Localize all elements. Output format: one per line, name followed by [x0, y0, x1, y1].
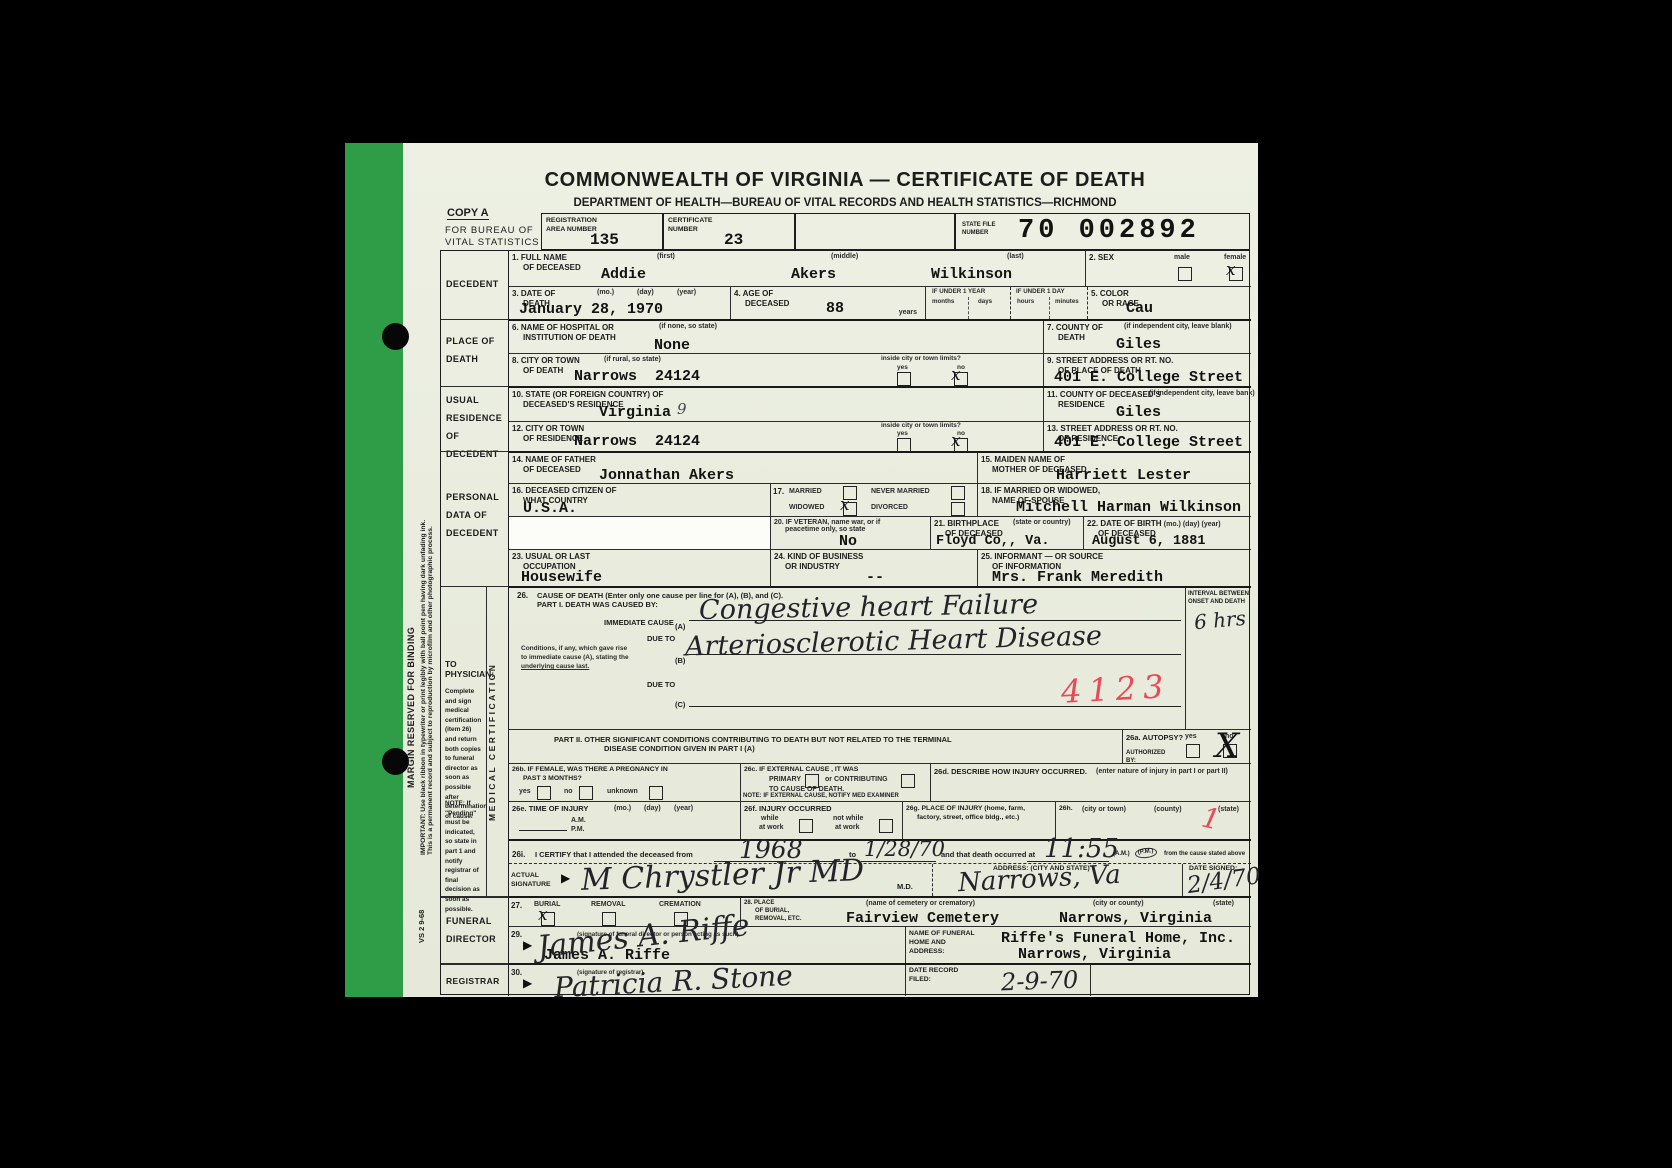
first-name-value: Addie: [601, 266, 646, 283]
row-date-age: 3. DATE OFDEATH (mo.) (day) (year) Janua…: [509, 286, 1251, 319]
limits-no-checkbox-checked: x: [954, 372, 968, 386]
never-married-label: NEVER MARRIED: [871, 488, 930, 495]
director-number: 29.: [511, 930, 522, 940]
cause-b-label: (B): [675, 656, 685, 666]
to-cause-label: TO CAUSE OF DEATH.: [769, 786, 844, 793]
cause-a-handwriting: Congestive heart Failure: [699, 589, 1039, 626]
cause-header2: PART I. DEATH WAS CAUSED BY:: [537, 600, 658, 610]
place-injury-label: 26g. PLACE OF INJURY (home, farm,factory…: [906, 805, 1025, 823]
occupation-value: Housewife: [521, 569, 602, 586]
how-injury-label: 26d. DESCRIBE HOW INJURY OCCURRED.: [934, 767, 1087, 777]
field-city-of-death: 8. CITY OR TOWNOF DEATH (if rural, so st…: [509, 354, 1044, 386]
stray-mark: 9: [677, 400, 687, 418]
md-label: M.D.: [897, 882, 913, 892]
county-residence-value: Giles: [1116, 404, 1161, 421]
day-hint: (day): [637, 289, 654, 296]
row-part2-autopsy: PART II. OTHER SIGNIFICANT CONDITIONS CO…: [509, 729, 1251, 763]
date-filed-handwriting: 2-9-70: [1001, 966, 1079, 997]
death-certificate: MARGIN RESERVED FOR BINDING IMPORTANT: U…: [345, 143, 1258, 997]
months-label: months: [932, 298, 954, 305]
city-death-value: Narrows 24124: [574, 368, 700, 385]
signature-arrow-icon: ▶: [561, 872, 570, 884]
field-date-signed: DATE SIGNED: 2/4/70: [1183, 864, 1251, 896]
external-cause-note: NOTE: IF EXTERNAL CAUSE, NOTIFY MED EXAM…: [743, 793, 899, 801]
interval-value: 6 hrs: [1193, 606, 1247, 634]
side-label-decedent: DECEDENT: [441, 251, 509, 319]
field-autopsy: 26a. AUTOPSY? yes no X AUTHORIZEDBY:: [1123, 730, 1251, 763]
age-value: 88: [826, 300, 844, 317]
field-physician-address: ADDRESS: (CITY AND STATE) Narrows, Va: [933, 864, 1183, 896]
contributing-label: or CONTRIBUTING: [825, 776, 888, 783]
field-veteran: 20. IF VETERAN, name war, or ifpeacetime…: [771, 517, 931, 549]
field-sex: 2. SEX male female x: [1086, 251, 1251, 286]
row-cause-of-death: 26. CAUSE OF DEATH (Enter only one cause…: [509, 586, 1251, 729]
veteran-value: No: [839, 533, 857, 550]
side-label-personal-data: PERSONALDATA OFDECEDENT: [441, 451, 509, 586]
injury-occurred-label: 26f. INJURY OCCURRED: [744, 804, 832, 814]
field-father: 14. NAME OF FATHEROF DECEASED Jonnathan …: [509, 453, 978, 483]
margin-important-line2: This is a permanent record and subject t…: [427, 520, 434, 855]
pregnancy-label: 26b. IF FEMALE, WAS THERE A PREGNANCY IN…: [512, 766, 668, 784]
field-age: 4. AGE OFDECEASED 88 years: [731, 287, 926, 319]
field-birthplace: 21. BIRTHPLACEOF DECEASED (state or coun…: [931, 517, 1084, 549]
age-label: 4. AGE OFDECEASED: [734, 289, 789, 310]
field-color-or-race: 5. COLOROR RACE Cau: [1088, 287, 1251, 319]
medical-certification-label: MEDICAL CERTIFICATION: [487, 587, 508, 896]
am-label: A.M.: [571, 817, 586, 824]
physician-address-handwriting: Narrows, Va: [957, 860, 1121, 898]
actual-signature-label: ACTUALSIGNATURE: [511, 872, 551, 890]
limits-yes-label: yes: [897, 364, 908, 371]
color-race-value: Cau: [1126, 300, 1153, 317]
cemetery-hint: (name of cemetery or crematory): [866, 900, 975, 907]
autopsy-yes-checkbox: [1186, 744, 1200, 758]
middle-name-value: Akers: [791, 266, 836, 283]
field-how-injury: 26d. DESCRIBE HOW INJURY OCCURRED. (ente…: [931, 764, 1251, 801]
certify-text1: I CERTIFY that I attended the deceased f…: [535, 850, 693, 860]
state-file-box: STATE FILENUMBER 70 002892: [955, 213, 1250, 250]
not-at-work-label: at work: [835, 824, 860, 831]
middle-hint: (middle): [831, 253, 858, 260]
hours-label: hours: [1017, 298, 1034, 305]
certify-number: 26i.: [512, 850, 525, 860]
empty-box: [795, 213, 955, 250]
business-label: 24. KIND OF BUSINESSOR INDUSTRY: [774, 552, 863, 573]
date-filed-label: DATE RECORDFILED:: [909, 967, 958, 985]
side-physician-notes: TOPHYSICIAN: Complete and sign medical c…: [441, 586, 487, 896]
field-date-of-birth: 22. DATE OF BIRTH (mo.) (day) (year)OF D…: [1084, 517, 1251, 549]
field-date-record-filed: DATE RECORDFILED: 2-9-70: [906, 965, 1091, 996]
row-registrar: 30. ▶ (signature of registrar) Patricia …: [509, 963, 1251, 996]
side-label-usual-residence: USUALRESIDENCEOF DECEDENT: [441, 386, 509, 451]
binding-stripe: [345, 143, 403, 997]
conditions-line2: to immediate cause (A), stating the: [521, 654, 629, 661]
informant-value: Mrs. Frank Meredith: [992, 569, 1163, 586]
registrar-arrow-icon: ▶: [523, 977, 532, 989]
field-time-of-injury: 26e. TIME OF INJURY (mo.) (day) (year) A…: [509, 802, 741, 839]
side-label-registrar: REGISTRAR: [441, 963, 509, 996]
copy-label: COPY A: [447, 207, 489, 220]
interval-label: INTERVAL BETWEENONSET AND DEATH: [1188, 591, 1249, 607]
primary-label: PRIMARY: [769, 776, 801, 783]
field-under-1-year: IF UNDER 1 YEAR months days: [926, 287, 1011, 319]
state-residence-value: Virginia: [599, 404, 671, 421]
row-injury-details: 26e. TIME OF INJURY (mo.) (day) (year) A…: [509, 801, 1251, 839]
row-state-county-residence: 10. STATE (OR FOREIGN COUNTRY) OFDECEASE…: [509, 386, 1251, 421]
due-to-label2: DUE TO: [647, 680, 675, 690]
row-occupation-informant: 23. USUAL OR LASTOCCUPATION Housewife 24…: [509, 549, 1251, 586]
hole-punch-top: [382, 323, 409, 350]
injury-mo-hint: (mo.): [614, 805, 631, 812]
minutes-label: minutes: [1055, 298, 1079, 305]
form-number: VS 2 9-68: [417, 910, 426, 943]
row-city-street-residence: 12. CITY OR TOWNOF RESIDENCE Narrows 241…: [509, 421, 1251, 451]
mother-value: Harriett Lester: [1056, 467, 1191, 484]
father-value: Jonnathan Akers: [599, 467, 734, 484]
sex-label: 2. SEX: [1089, 253, 1114, 263]
certify-am-label: (A.M.): [1113, 851, 1130, 859]
registrar-number: 30.: [511, 968, 522, 978]
divorced-checkbox: [951, 502, 965, 516]
last-hint: (last): [1007, 253, 1024, 260]
certificate-title: COMMONWEALTH OF VIRGINIA — CERTIFICATE O…: [440, 169, 1250, 192]
days-label: days: [978, 298, 992, 305]
married-label: MARRIED: [789, 488, 822, 495]
never-married-checkbox: [951, 486, 965, 500]
widowed-checkbox-checked: x: [843, 502, 857, 516]
autopsy-no-x-mark: X: [1215, 726, 1239, 766]
autopsy-yes-label: yes: [1185, 733, 1197, 740]
city-death-hint: (if rural, so state): [604, 356, 661, 363]
row-pregnancy-external: 26b. IF FEMALE, WAS THERE A PREGNANCY IN…: [509, 763, 1251, 801]
photo-background: MARGIN RESERVED FOR BINDING IMPORTANT: U…: [0, 0, 1672, 1168]
field-registrar-signature: 30. ▶ (signature of registrar) Patricia …: [509, 965, 906, 996]
part2-line2: DISEASE CONDITION GIVEN IN PART I (A): [604, 744, 755, 754]
father-label: 14. NAME OF FATHEROF DECEASED: [512, 455, 596, 476]
row-certify: 26i. I CERTIFY that I attended the decea…: [509, 839, 1251, 863]
margin-important-note: IMPORTANT: Use black ribbon in typewrite…: [420, 520, 434, 855]
burial-state-hint: (state): [1213, 900, 1234, 907]
dob-value: August 6, 1881: [1092, 534, 1205, 549]
field-state-residence: 10. STATE (OR FOREIGN COUNTRY) OFDECEASE…: [509, 388, 1044, 421]
injury-day-hint: (day): [644, 805, 661, 812]
time-blank-line: [519, 830, 567, 831]
divorced-label: DIVORCED: [871, 504, 908, 511]
row-name-sex: 1. FULL NAMEOF DECEASED (first) (middle)…: [509, 251, 1251, 286]
field-part2: PART II. OTHER SIGNIFICANT CONDITIONS CO…: [509, 730, 1123, 763]
county-residence-hint: (if independent city, leave bank): [1149, 390, 1255, 397]
injury-city-hint: (city or town): [1082, 806, 1126, 813]
street-residence-value: 401 E. College Street: [1054, 434, 1243, 451]
city-death-label: 8. CITY OR TOWNOF DEATH: [512, 356, 580, 377]
limits-yes-checkbox: [897, 372, 911, 386]
row-city-street-death: 8. CITY OR TOWNOF DEATH (if rural, so st…: [509, 353, 1251, 386]
field-physician-signature: ACTUALSIGNATURE ▶ M Chrystler Jr MD M.D.: [509, 864, 933, 896]
field-certify: 26i. I CERTIFY that I attended the decea…: [509, 841, 1251, 863]
cremation-label: CREMATION: [659, 901, 701, 908]
state-file-label: STATE FILENUMBER: [962, 222, 995, 238]
field-city-residence: 12. CITY OR TOWNOF RESIDENCE Narrows 241…: [509, 422, 1044, 451]
marital-number: 17.: [773, 487, 784, 497]
copy-for-line1: FOR BUREAU OF: [445, 225, 534, 236]
field-funeral-home: NAME OF FUNERALHOME ANDADDRESS: Riffe's …: [906, 927, 1251, 963]
field-redacted: [509, 517, 771, 549]
due-to-label1: DUE TO: [647, 634, 675, 644]
disposition-number: 27.: [511, 901, 522, 911]
field-interval: INTERVAL BETWEENONSET AND DEATH 6 hrs: [1186, 588, 1251, 729]
field-injury-occurred: 26f. INJURY OCCURRED while at work not w…: [741, 802, 903, 839]
field-occupation: 23. USUAL OR LASTOCCUPATION Housewife: [509, 550, 771, 586]
pregnancy-no-checkbox: [579, 786, 593, 800]
field-street-residence: 13. STREET ADDRESS OR RT. NO.OF RESIDENC…: [1044, 422, 1251, 451]
under-1-day-label: IF UNDER 1 DAY: [1016, 288, 1065, 295]
age-unit-label: years: [899, 309, 917, 316]
row-physician-signature: ACTUALSIGNATURE ▶ M Chrystler Jr MD M.D.…: [509, 863, 1251, 896]
pregnancy-yes-checkbox: [537, 786, 551, 800]
first-hint: (first): [657, 253, 675, 260]
margin-binding-note: MARGIN RESERVED FOR BINDING: [406, 627, 416, 788]
field-registrar-empty: [1091, 965, 1251, 996]
copy-for-line2: VITAL STATISTICS: [445, 237, 539, 248]
hole-punch-bottom: [382, 748, 409, 775]
autopsy-label: 26a. AUTOPSY?: [1126, 733, 1183, 743]
certificate-subtitle: DEPARTMENT OF HEALTH—BUREAU OF VITAL REC…: [440, 197, 1250, 209]
field-under-1-day: IF UNDER 1 DAY hours minutes: [1011, 287, 1088, 319]
street-death-value: 401 E. College Street: [1054, 369, 1243, 386]
field-full-name: 1. FULL NAMEOF DECEASED (first) (middle)…: [509, 251, 1086, 286]
field-date-of-death: 3. DATE OFDEATH (mo.) (day) (year) Janua…: [509, 287, 731, 319]
pregnancy-unknown-checkbox: [649, 786, 663, 800]
city-residence-value: Narrows 24124: [574, 433, 700, 450]
how-injury-hint: (enter nature of injury in part I or par…: [1096, 768, 1228, 775]
certificate-number-box: CERTIFICATENUMBER 23: [663, 213, 795, 250]
conditions-line1: Conditions, if any, which gave rise: [521, 645, 627, 652]
county-death-label: 7. COUNTY OFDEATH: [1047, 323, 1103, 344]
field-marital-status: 17. MARRIED NEVER MARRIED WIDOWED x DIVO…: [771, 484, 978, 516]
limits-no-checkbox2-checked: x: [954, 438, 968, 452]
certify-text3: and that death occurred at: [941, 850, 1035, 860]
field-director-signature: 29. ▶ (signature of funeral director or …: [509, 927, 906, 963]
not-while-label: not while: [833, 815, 863, 822]
row-veteran-birth: 20. IF VETERAN, name war, or ifpeacetime…: [509, 516, 1251, 549]
full-name-label: 1. FULL NAMEOF DECEASED: [512, 253, 581, 274]
while-at-work-label: at work: [759, 824, 784, 831]
field-mother: 15. MAIDEN NAME OFMOTHER OF DECEASED Har…: [978, 453, 1251, 483]
field-citizen: 16. DECEASED CITIZEN OFWHAT COUNTRY U.S.…: [509, 484, 771, 516]
registration-area-box: REGISTRATIONAREA NUMBER 135: [541, 213, 663, 250]
last-name-value: Wilkinson: [931, 266, 1012, 283]
certify-to-value: 1/28/70: [864, 837, 945, 861]
hospital-value: None: [654, 337, 690, 354]
injury-year-hint: (year): [674, 805, 693, 812]
spouse-value: Mitchell Harman Wilkinson: [1016, 499, 1241, 516]
margin-important-line1: IMPORTANT: Use black ribbon in typewrite…: [420, 520, 427, 855]
certify-text4: from the cause stated above: [1164, 851, 1245, 859]
pregnancy-no-label: no: [564, 788, 573, 795]
row-funeral-director: 29. ▶ (signature of funeral director or …: [509, 926, 1251, 963]
field-county-of-death: 7. COUNTY OFDEATH (if independent city, …: [1044, 321, 1251, 353]
year-hint: (year): [677, 289, 696, 296]
field-pregnancy: 26b. IF FEMALE, WAS THERE A PREGNANCY IN…: [509, 764, 741, 801]
contributing-checkbox: [901, 774, 915, 788]
field-hospital: 6. NAME OF HOSPITAL ORINSTITUTION OF DEA…: [509, 321, 1044, 353]
field-place-of-burial: 28. PLACEOF BURIAL,REMOVAL, ETC. (name o…: [741, 898, 1251, 926]
injury-location-number: 26h.: [1059, 805, 1073, 814]
conditions-line3: underlying cause last.: [521, 663, 589, 670]
while-at-work-checkbox: [799, 819, 813, 833]
registration-area-value: 135: [590, 231, 619, 249]
external-cause-label: 26c. IF EXTERNAL CAUSE , IT WAS: [744, 766, 858, 775]
place-burial-label: 28. PLACEOF BURIAL,REMOVAL, ETC.: [744, 900, 802, 923]
registrar-signature-handwriting: Patricia R. Stone: [553, 959, 793, 1004]
field-business: 24. KIND OF BUSINESSOR INDUSTRY --: [771, 550, 978, 586]
under-1-year-label: IF UNDER 1 YEAR: [932, 288, 985, 295]
veteran-label: 20. IF VETERAN, name war, or ifpeacetime…: [774, 519, 880, 533]
county-death-value: Giles: [1116, 336, 1161, 353]
director-arrow-icon: ▶: [523, 939, 532, 951]
row-hospital-county: 6. NAME OF HOSPITAL ORINSTITUTION OF DEA…: [509, 319, 1251, 353]
cause-a-label: (A): [675, 622, 685, 632]
field-county-residence: 11. COUNTY OF DECEASED'SRESIDENCE (if in…: [1044, 388, 1251, 421]
under-1-year-divider: [968, 297, 969, 319]
field-spouse: 18. IF MARRIED OR WIDOWED,NAME OF SPOUSE…: [978, 484, 1251, 516]
side-label-funeral-director: FUNERALDIRECTOR: [441, 896, 509, 963]
limits-question-label: inside city or town limits?: [881, 355, 961, 362]
limits-yes-checkbox2: [897, 438, 911, 452]
mo-hint: (mo.): [597, 289, 614, 296]
certificate-number-label: CERTIFICATENUMBER: [668, 217, 712, 235]
hospital-hint: (if none, so state): [659, 323, 717, 330]
field-external-cause: 26c. IF EXTERNAL CAUSE , IT WAS PRIMARY …: [741, 764, 931, 801]
male-label: male: [1174, 254, 1190, 261]
field-street-of-death: 9. STREET ADDRESS OR RT. NO.OF PLACE OF …: [1044, 354, 1251, 386]
injury-red-mark: 1: [1199, 801, 1223, 837]
row-parents: 14. NAME OF FATHEROF DECEASED Jonnathan …: [509, 451, 1251, 483]
state-file-value: 70 002892: [1018, 216, 1200, 246]
medical-certification-strip: MEDICAL CERTIFICATION: [487, 586, 509, 896]
field-cause-of-death: 26. CAUSE OF DEATH (Enter only one cause…: [509, 588, 1186, 729]
limits-yes-label2: yes: [897, 430, 908, 437]
funeral-home-city-value: Narrows, Virginia: [1018, 946, 1171, 963]
burial-city-value: Narrows, Virginia: [1059, 910, 1212, 927]
time-injury-label: 26e. TIME OF INJURY: [512, 804, 588, 814]
limits-question-label2: inside city or town limits?: [881, 422, 961, 429]
date-of-death-value: January 28, 1970: [519, 301, 663, 318]
form-grid: DECEDENT PLACE OFDEATH USUALRESIDENCEOF …: [440, 250, 1250, 995]
certificate-number-value: 23: [724, 231, 743, 249]
certify-pm-circled: (P.M.): [1135, 847, 1157, 859]
burial-checkbox-checked: x: [541, 912, 555, 926]
pregnancy-yes-label: yes: [519, 788, 531, 795]
not-at-work-checkbox: [879, 819, 893, 833]
citizen-value: U.S.A.: [523, 500, 577, 517]
cause-code-red: 4123: [1060, 667, 1171, 711]
female-checkbox-checked: x: [1229, 267, 1243, 281]
under-1-day-divider: [1049, 297, 1050, 319]
pregnancy-unknown-label: unknown: [607, 788, 638, 795]
widowed-label: WIDOWED: [789, 504, 824, 511]
immediate-cause-label: IMMEDIATE CAUSE: [604, 618, 674, 628]
burial-city-hint: (city or county): [1093, 900, 1144, 907]
pm-label: P.M.: [571, 826, 585, 833]
field-place-of-injury: 26g. PLACE OF INJURY (home, farm,factory…: [903, 802, 1056, 839]
birthplace-hint: (state or country): [1013, 519, 1071, 526]
side-label-place-of-death: PLACE OFDEATH: [441, 319, 509, 386]
cause-number: 26.: [517, 591, 528, 601]
injury-county-hint: (county): [1154, 806, 1182, 813]
funeral-home-label: NAME OF FUNERALHOME ANDADDRESS:: [909, 930, 975, 956]
male-checkbox: [1178, 267, 1192, 281]
row-citizen-married-spouse: 16. DECEASED CITIZEN OFWHAT COUNTRY U.S.…: [509, 483, 1251, 516]
hospital-label: 6. NAME OF HOSPITAL ORINSTITUTION OF DEA…: [512, 323, 616, 344]
removal-label: REMOVAL: [591, 901, 625, 908]
while-label: while: [761, 815, 779, 822]
cause-c-label: (C): [675, 700, 685, 710]
cemetery-value: Fairview Cemetery: [846, 910, 999, 927]
birthplace-value: Floyd Co,, Va.: [936, 534, 1049, 549]
redaction-box: [509, 517, 770, 550]
funeral-home-name-value: Riffe's Funeral Home, Inc.: [1001, 930, 1235, 947]
county-death-hint: (if independent city, leave blank): [1124, 323, 1232, 330]
business-value: --: [866, 569, 884, 586]
cause-b-handwriting: Arteriosclerotic Heart Disease: [685, 621, 1103, 663]
field-informant: 25. INFORMANT — OR SOURCEOF INFORMATION …: [978, 550, 1251, 586]
